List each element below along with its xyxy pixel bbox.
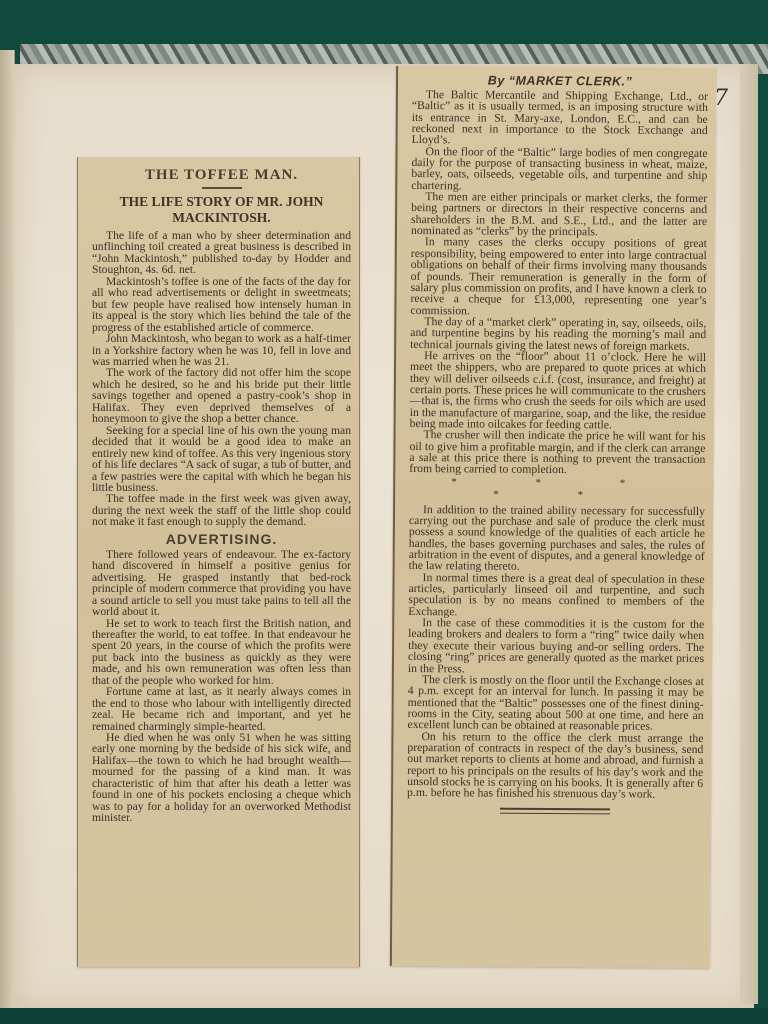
paragraph: In normal times there is a great deal of… [408, 572, 704, 619]
subheadline: THE LIFE STORY OF MR. JOHN MACKINTOSH. [92, 194, 351, 226]
paragraph: John Mackintosh, who began to work as a … [92, 333, 351, 367]
paragraph: On his return to the office the clerk mu… [407, 731, 703, 801]
paragraph: Fortune came at last, as it nearly alway… [92, 686, 351, 732]
end-rule [500, 807, 610, 814]
toffee-man-clipping: THE TOFFEE MAN. THE LIFE STORY OF MR. JO… [77, 157, 360, 967]
paragraph: Seeking for a special line of his own th… [92, 425, 351, 494]
paragraph: On the floor of the “Baltic” large bodie… [411, 146, 707, 193]
market-clerk-clipping: By “MARKET CLERK.” The Baltic Mercantile… [390, 66, 716, 968]
section-heading: ADVERTISING. [92, 531, 351, 547]
paragraph: The toffee made in the first week was gi… [92, 493, 351, 527]
paragraph: In many cases the clerks occupy position… [410, 236, 707, 317]
paragraph: In addition to the trained ability neces… [409, 504, 705, 574]
paragraph: The work of the factory did not offer hi… [92, 367, 351, 424]
paragraph: The Baltic Mercantile and Shipping Excha… [412, 89, 708, 148]
cover-bottom [0, 1008, 768, 1024]
book-spine-edge [0, 50, 15, 1010]
asterism-separator: * * * * * [409, 476, 705, 502]
headline: THE TOFFEE MAN. [92, 167, 351, 184]
paragraph: He set to work to teach first the Britis… [92, 618, 351, 687]
divider [202, 187, 242, 189]
paragraph: The life of a man who by sheer determina… [92, 230, 351, 276]
paragraph: There followed years of endeavour. The e… [92, 549, 351, 618]
paragraph: He arrives on the “floor” about 11 o’clo… [410, 350, 707, 431]
paragraph: In the case of these commodities it is t… [408, 617, 704, 676]
paragraph: The men are either principals or market … [411, 191, 707, 238]
paragraph: He died when he was only 51 when he was … [92, 732, 351, 824]
paragraph: The clerk is mostly on the floor until t… [408, 674, 704, 733]
paragraph: The day of a “market clerk” operating in… [410, 316, 706, 352]
paragraph: The crusher will then indicate the price… [409, 429, 705, 476]
byline: By “MARKET CLERK.” [412, 73, 708, 89]
paragraph: Mackintosh’s toffee is one of the facts … [92, 276, 351, 333]
page-stack-edge [740, 64, 758, 1004]
